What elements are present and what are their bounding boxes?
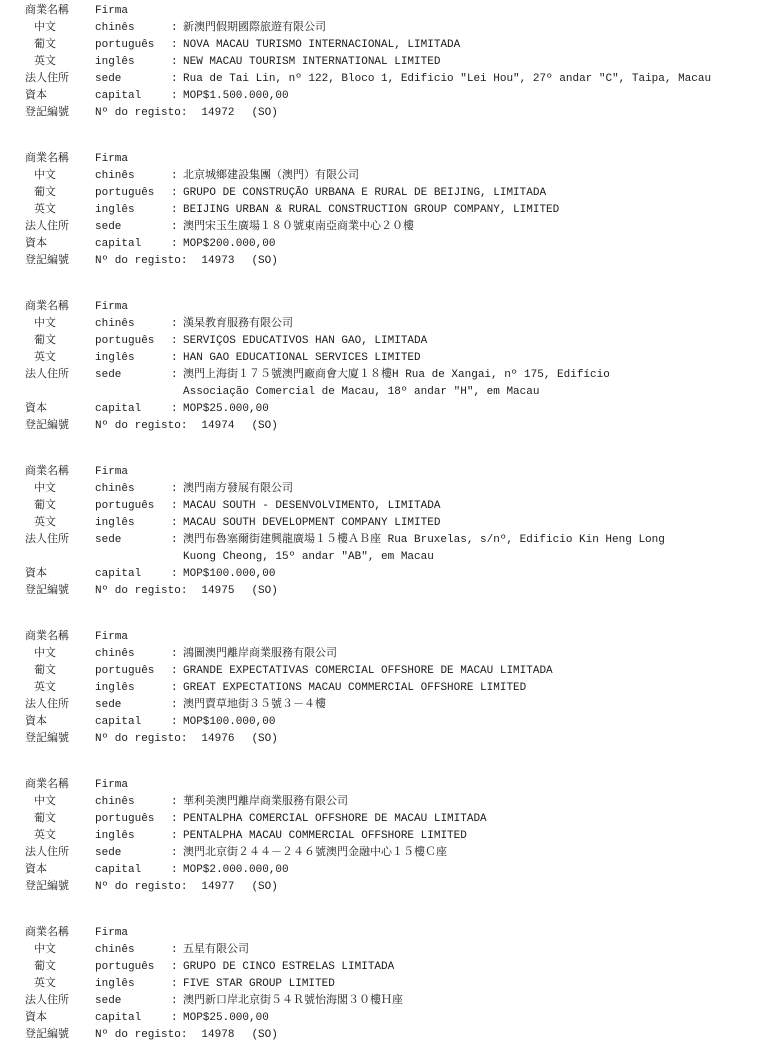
capital-label-pt: capital <box>95 401 171 418</box>
chinese-label-zh: 中文 <box>25 942 95 959</box>
registo-label-zh: 登記編號 <box>25 253 95 270</box>
registered-office-row: 法人住所 sede : 澳門宋玉生廣場１８０號東南亞商業中心２０樓 <box>25 219 757 236</box>
registo-label-zh: 登記編號 <box>25 583 95 600</box>
colon-separator: : <box>171 316 183 333</box>
registry-number-value: 14974 <box>201 418 234 435</box>
firma-label-zh: 商業名稱 <box>25 464 95 481</box>
capital-value: MOP$2.000.000,00 <box>183 862 757 879</box>
chinese-label-zh: 中文 <box>25 794 95 811</box>
chinese-name-row: 中文 chinês : 漢杲教育服務有限公司 <box>25 316 757 333</box>
colon-separator: : <box>171 862 183 879</box>
sede-label-pt: sede <box>95 219 171 236</box>
sede-line: 澳門上海街１７５號澳門廠商會大廈１８樓H Rua de Xangai, nº 1… <box>183 367 757 384</box>
colon-separator: : <box>171 236 183 253</box>
registry-suffix: (SO) <box>251 1027 277 1044</box>
chinese-label-pt: chinês <box>95 646 171 663</box>
registry-number-row: 登記編號 Nº do registo: 14977 (SO) <box>25 879 757 896</box>
registry-document-page: 商業名稱 Firma 中文 chinês : 新澳門假期國際旅遊有限公司 葡文 … <box>0 0 765 1062</box>
chinese-name-value: 北京城鄉建設集團（澳門）有限公司 <box>183 168 757 185</box>
firma-header-row: 商業名稱 Firma <box>25 777 757 794</box>
portuguese-label-pt: português <box>95 811 171 828</box>
sede-label-pt: sede <box>95 367 171 384</box>
registo-label-zh: 登記編號 <box>25 418 95 435</box>
capital-row: 資本 capital : MOP$100.000,00 <box>25 566 757 583</box>
registo-label-pt: Nº do registo: <box>95 418 187 435</box>
sede-value: 澳門宋玉生廣場１８０號東南亞商業中心２０樓 <box>183 219 757 236</box>
portuguese-label-zh: 葡文 <box>25 811 95 828</box>
registo-label-pt: Nº do registo: <box>95 1027 187 1044</box>
registo-label-pt: Nº do registo: <box>95 731 187 748</box>
sede-label-pt: sede <box>95 532 171 549</box>
portuguese-label-pt: português <box>95 333 171 350</box>
english-label-zh: 英文 <box>25 202 95 219</box>
capital-row: 資本 capital : MOP$2.000.000,00 <box>25 862 757 879</box>
sede-label-zh: 法人住所 <box>25 845 95 862</box>
portuguese-label-zh: 葡文 <box>25 37 95 54</box>
registo-label-pt: Nº do registo: <box>95 105 187 122</box>
firma-header-row: 商業名稱 Firma <box>25 629 757 646</box>
sede-label-zh: 法人住所 <box>25 367 95 384</box>
capital-label-pt: capital <box>95 862 171 879</box>
chinese-label-pt: chinês <box>95 794 171 811</box>
firma-header-row: 商業名稱 Firma <box>25 464 757 481</box>
english-name-row: 英文 inglês : FIVE STAR GROUP LIMITED <box>25 976 757 993</box>
firma-label-pt: Firma <box>95 777 171 794</box>
registered-office-row: 法人住所 sede : 澳門北京街２４４－２４６號澳門金融中心１５樓Ｃ座 <box>25 845 757 862</box>
chinese-label-pt: chinês <box>95 316 171 333</box>
english-name-value: NEW MACAU TOURISM INTERNATIONAL LIMITED <box>183 54 757 71</box>
registered-office-row: 法人住所 sede : 澳門布魯塞爾街建興龍廣場１５樓ＡＢ座 Rua Bruxe… <box>25 532 757 566</box>
colon-separator: : <box>171 1010 183 1027</box>
firma-header-row: 商業名稱 Firma <box>25 299 757 316</box>
chinese-name-row: 中文 chinês : 新澳門假期國際旅遊有限公司 <box>25 20 757 37</box>
registry-number-value: 14972 <box>201 105 234 122</box>
portuguese-name-value: MACAU SOUTH - DESENVOLVIMENTO, LIMITADA <box>183 498 757 515</box>
capital-value: MOP$1.500.000,00 <box>183 88 757 105</box>
registry-suffix: (SO) <box>251 583 277 600</box>
capital-label-zh: 資本 <box>25 236 95 253</box>
sede-label-pt: sede <box>95 71 171 88</box>
colon-separator: : <box>171 71 183 88</box>
english-label-pt: inglês <box>95 350 171 367</box>
colon-separator: : <box>171 697 183 714</box>
registo-label-pt: Nº do registo: <box>95 583 187 600</box>
firma-label-pt: Firma <box>95 629 171 646</box>
company-record: 商業名稱 Firma 中文 chinês : 北京城鄉建設集團（澳門）有限公司 … <box>25 151 757 270</box>
colon-separator: : <box>171 532 183 549</box>
colon-separator: : <box>171 993 183 1010</box>
registry-number-row: 登記編號 Nº do registo: 14978 (SO) <box>25 1027 757 1044</box>
english-label-pt: inglês <box>95 680 171 697</box>
registo-label-pt: Nº do registo: <box>95 253 187 270</box>
registry-suffix: (SO) <box>251 418 277 435</box>
chinese-label-pt: chinês <box>95 481 171 498</box>
portuguese-name-value: NOVA MACAU TURISMO INTERNACIONAL, LIMITA… <box>183 37 757 54</box>
english-name-value: HAN GAO EDUCATIONAL SERVICES LIMITED <box>183 350 757 367</box>
sede-value: 澳門北京街２４４－２４６號澳門金融中心１５樓Ｃ座 <box>183 845 757 862</box>
company-record: 商業名稱 Firma 中文 chinês : 新澳門假期國際旅遊有限公司 葡文 … <box>25 3 757 122</box>
firma-label-pt: Firma <box>95 925 171 942</box>
chinese-name-value: 華利美澳門離岸商業服務有限公司 <box>183 794 757 811</box>
sede-line: 澳門新口岸北京街５４Ｒ號怡海閣３０樓Ｈ座 <box>183 993 757 1010</box>
chinese-name-row: 中文 chinês : 北京城鄉建設集團（澳門）有限公司 <box>25 168 757 185</box>
portuguese-label-pt: português <box>95 37 171 54</box>
chinese-label-zh: 中文 <box>25 20 95 37</box>
english-name-row: 英文 inglês : MACAU SOUTH DEVELOPMENT COMP… <box>25 515 757 532</box>
registry-number-row: 登記編號 Nº do registo: 14972 (SO) <box>25 105 757 122</box>
firma-label-zh: 商業名稱 <box>25 925 95 942</box>
registry-suffix: (SO) <box>251 879 277 896</box>
english-name-row: 英文 inglês : GREAT EXPECTATIONS MACAU COM… <box>25 680 757 697</box>
sede-line: Associação Comercial de Macau, 18º andar… <box>183 384 757 401</box>
capital-label-pt: capital <box>95 236 171 253</box>
capital-row: 資本 capital : MOP$1.500.000,00 <box>25 88 757 105</box>
capital-label-zh: 資本 <box>25 714 95 731</box>
english-name-row: 英文 inglês : PENTALPHA MACAU COMMERCIAL O… <box>25 828 757 845</box>
registo-label-zh: 登記編號 <box>25 731 95 748</box>
registo-label-zh: 登記編號 <box>25 105 95 122</box>
english-label-zh: 英文 <box>25 828 95 845</box>
colon-separator: : <box>171 367 183 384</box>
portuguese-label-pt: português <box>95 498 171 515</box>
chinese-label-zh: 中文 <box>25 168 95 185</box>
sede-label-zh: 法人住所 <box>25 71 95 88</box>
portuguese-name-row: 葡文 português : MACAU SOUTH - DESENVOLVIM… <box>25 498 757 515</box>
registered-office-row: 法人住所 sede : 澳門上海街１７５號澳門廠商會大廈１８樓H Rua de … <box>25 367 757 401</box>
portuguese-label-pt: português <box>95 185 171 202</box>
registo-label-pt: Nº do registo: <box>95 879 187 896</box>
registry-number-value: 14976 <box>201 731 234 748</box>
registry-number-row: 登記編號 Nº do registo: 14974 (SO) <box>25 418 757 435</box>
english-label-zh: 英文 <box>25 54 95 71</box>
colon-separator: : <box>171 566 183 583</box>
english-name-value: MACAU SOUTH DEVELOPMENT COMPANY LIMITED <box>183 515 757 532</box>
colon-separator: : <box>171 828 183 845</box>
colon-separator: : <box>171 942 183 959</box>
chinese-label-pt: chinês <box>95 20 171 37</box>
portuguese-name-row: 葡文 português : GRANDE EXPECTATIVAS COMER… <box>25 663 757 680</box>
sede-label-pt: sede <box>95 845 171 862</box>
colon-separator: : <box>171 20 183 37</box>
registry-number-row: 登記編號 Nº do registo: 14975 (SO) <box>25 583 757 600</box>
colon-separator: : <box>171 714 183 731</box>
capital-label-zh: 資本 <box>25 566 95 583</box>
portuguese-name-row: 葡文 português : SERVIÇOS EDUCATIVOS HAN G… <box>25 333 757 350</box>
sede-value: 澳門上海街１７５號澳門廠商會大廈１８樓H Rua de Xangai, nº 1… <box>183 367 757 401</box>
english-name-value: PENTALPHA MACAU COMMERCIAL OFFSHORE LIMI… <box>183 828 757 845</box>
firma-label-zh: 商業名稱 <box>25 3 95 20</box>
chinese-label-zh: 中文 <box>25 316 95 333</box>
capital-label-zh: 資本 <box>25 401 95 418</box>
sede-label-zh: 法人住所 <box>25 697 95 714</box>
sede-value: 澳門賣草地街３５號３－４樓 <box>183 697 757 714</box>
portuguese-label-zh: 葡文 <box>25 663 95 680</box>
firma-label-zh: 商業名稱 <box>25 299 95 316</box>
colon-separator: : <box>171 811 183 828</box>
colon-separator: : <box>171 202 183 219</box>
capital-label-zh: 資本 <box>25 88 95 105</box>
english-name-value: BEIJING URBAN & RURAL CONSTRUCTION GROUP… <box>183 202 757 219</box>
capital-value: MOP$25.000,00 <box>183 401 757 418</box>
sede-line: 澳門布魯塞爾街建興龍廣場１５樓ＡＢ座 Rua Bruxelas, s/nº, E… <box>183 532 757 549</box>
colon-separator: : <box>171 498 183 515</box>
colon-separator: : <box>171 680 183 697</box>
registry-number-value: 14975 <box>201 583 234 600</box>
colon-separator: : <box>171 646 183 663</box>
company-records-list: 商業名稱 Firma 中文 chinês : 新澳門假期國際旅遊有限公司 葡文 … <box>25 3 757 1044</box>
company-record: 商業名稱 Firma 中文 chinês : 鴻圖澳門離岸商業服務有限公司 葡文… <box>25 629 757 748</box>
capital-value: MOP$100.000,00 <box>183 714 757 731</box>
colon-separator: : <box>171 959 183 976</box>
company-record: 商業名稱 Firma 中文 chinês : 華利美澳門離岸商業服務有限公司 葡… <box>25 777 757 896</box>
registo-label-zh: 登記編號 <box>25 879 95 896</box>
capital-row: 資本 capital : MOP$200.000,00 <box>25 236 757 253</box>
chinese-name-value: 鴻圖澳門離岸商業服務有限公司 <box>183 646 757 663</box>
portuguese-name-row: 葡文 português : NOVA MACAU TURISMO INTERN… <box>25 37 757 54</box>
firma-label-zh: 商業名稱 <box>25 151 95 168</box>
firma-label-pt: Firma <box>95 3 171 20</box>
english-label-zh: 英文 <box>25 515 95 532</box>
english-name-row: 英文 inglês : BEIJING URBAN & RURAL CONSTR… <box>25 202 757 219</box>
english-name-row: 英文 inglês : HAN GAO EDUCATIONAL SERVICES… <box>25 350 757 367</box>
registry-number-row: 登記編號 Nº do registo: 14976 (SO) <box>25 731 757 748</box>
chinese-name-row: 中文 chinês : 澳門南方發展有限公司 <box>25 481 757 498</box>
registry-number-value: 14978 <box>201 1027 234 1044</box>
colon-separator: : <box>171 481 183 498</box>
english-label-pt: inglês <box>95 976 171 993</box>
firma-label-pt: Firma <box>95 151 171 168</box>
sede-line: Rua de Tai Lin, nº 122, Bloco 1, Edifici… <box>183 71 757 88</box>
colon-separator: : <box>171 794 183 811</box>
firma-label-pt: Firma <box>95 464 171 481</box>
colon-separator: : <box>171 976 183 993</box>
sede-label-zh: 法人住所 <box>25 219 95 236</box>
registry-suffix: (SO) <box>251 253 277 270</box>
capital-row: 資本 capital : MOP$100.000,00 <box>25 714 757 731</box>
registry-suffix: (SO) <box>251 105 277 122</box>
colon-separator: : <box>171 168 183 185</box>
firma-label-pt: Firma <box>95 299 171 316</box>
company-record: 商業名稱 Firma 中文 chinês : 澳門南方發展有限公司 葡文 por… <box>25 464 757 600</box>
portuguese-name-value: PENTALPHA COMERCIAL OFFSHORE DE MACAU LI… <box>183 811 757 828</box>
portuguese-name-row: 葡文 português : GRUPO DE CONSTRUÇÃO URBAN… <box>25 185 757 202</box>
colon-separator: : <box>171 88 183 105</box>
colon-separator: : <box>171 185 183 202</box>
registered-office-row: 法人住所 sede : 澳門賣草地街３５號３－４樓 <box>25 697 757 714</box>
colon-separator: : <box>171 219 183 236</box>
registry-number-row: 登記編號 Nº do registo: 14973 (SO) <box>25 253 757 270</box>
company-record: 商業名稱 Firma 中文 chinês : 漢杲教育服務有限公司 葡文 por… <box>25 299 757 435</box>
capital-label-zh: 資本 <box>25 1010 95 1027</box>
portuguese-label-pt: português <box>95 959 171 976</box>
sede-label-pt: sede <box>95 697 171 714</box>
capital-row: 資本 capital : MOP$25.000,00 <box>25 1010 757 1027</box>
capital-value: MOP$200.000,00 <box>183 236 757 253</box>
chinese-label-zh: 中文 <box>25 481 95 498</box>
sede-line: 澳門賣草地街３５號３－４樓 <box>183 697 757 714</box>
chinese-name-value: 澳門南方發展有限公司 <box>183 481 757 498</box>
english-label-zh: 英文 <box>25 976 95 993</box>
capital-label-zh: 資本 <box>25 862 95 879</box>
chinese-name-row: 中文 chinês : 五星有限公司 <box>25 942 757 959</box>
portuguese-name-row: 葡文 português : GRUPO DE CINCO ESTRELAS L… <box>25 959 757 976</box>
capital-value: MOP$25.000,00 <box>183 1010 757 1027</box>
portuguese-name-value: GRANDE EXPECTATIVAS COMERCIAL OFFSHORE D… <box>183 663 757 680</box>
registry-number-value: 14973 <box>201 253 234 270</box>
company-record: 商業名稱 Firma 中文 chinês : 五星有限公司 葡文 portugu… <box>25 925 757 1044</box>
sede-label-zh: 法人住所 <box>25 993 95 1010</box>
firma-header-row: 商業名稱 Firma <box>25 151 757 168</box>
sede-line: Kuong Cheong, 15º andar "AB", em Macau <box>183 549 757 566</box>
colon-separator: : <box>171 333 183 350</box>
english-label-zh: 英文 <box>25 350 95 367</box>
capital-value: MOP$100.000,00 <box>183 566 757 583</box>
chinese-name-value: 漢杲教育服務有限公司 <box>183 316 757 333</box>
registered-office-row: 法人住所 sede : 澳門新口岸北京街５４Ｒ號怡海閣３０樓Ｈ座 <box>25 993 757 1010</box>
chinese-name-value: 新澳門假期國際旅遊有限公司 <box>183 20 757 37</box>
english-name-row: 英文 inglês : NEW MACAU TOURISM INTERNATIO… <box>25 54 757 71</box>
sede-line: 澳門宋玉生廣場１８０號東南亞商業中心２０樓 <box>183 219 757 236</box>
colon-separator: : <box>171 54 183 71</box>
colon-separator: : <box>171 663 183 680</box>
portuguese-name-value: SERVIÇOS EDUCATIVOS HAN GAO, LIMITADA <box>183 333 757 350</box>
colon-separator: : <box>171 401 183 418</box>
sede-label-zh: 法人住所 <box>25 532 95 549</box>
english-label-pt: inglês <box>95 515 171 532</box>
chinese-label-pt: chinês <box>95 942 171 959</box>
english-label-zh: 英文 <box>25 680 95 697</box>
portuguese-label-zh: 葡文 <box>25 333 95 350</box>
registered-office-row: 法人住所 sede : Rua de Tai Lin, nº 122, Bloc… <box>25 71 757 88</box>
capital-label-pt: capital <box>95 88 171 105</box>
capital-label-pt: capital <box>95 566 171 583</box>
colon-separator: : <box>171 350 183 367</box>
chinese-label-zh: 中文 <box>25 646 95 663</box>
registry-suffix: (SO) <box>251 731 277 748</box>
capital-label-pt: capital <box>95 714 171 731</box>
registo-label-zh: 登記編號 <box>25 1027 95 1044</box>
portuguese-label-zh: 葡文 <box>25 185 95 202</box>
firma-header-row: 商業名稱 Firma <box>25 3 757 20</box>
sede-value: 澳門新口岸北京街５４Ｒ號怡海閣３０樓Ｈ座 <box>183 993 757 1010</box>
english-label-pt: inglês <box>95 54 171 71</box>
portuguese-label-zh: 葡文 <box>25 498 95 515</box>
registry-number-value: 14977 <box>201 879 234 896</box>
chinese-name-row: 中文 chinês : 鴻圖澳門離岸商業服務有限公司 <box>25 646 757 663</box>
sede-value: 澳門布魯塞爾街建興龍廣場１５樓ＡＢ座 Rua Bruxelas, s/nº, E… <box>183 532 757 566</box>
english-name-value: FIVE STAR GROUP LIMITED <box>183 976 757 993</box>
firma-label-zh: 商業名稱 <box>25 777 95 794</box>
english-name-value: GREAT EXPECTATIONS MACAU COMMERCIAL OFFS… <box>183 680 757 697</box>
chinese-name-value: 五星有限公司 <box>183 942 757 959</box>
sede-value: Rua de Tai Lin, nº 122, Bloco 1, Edifici… <box>183 71 757 88</box>
portuguese-label-zh: 葡文 <box>25 959 95 976</box>
portuguese-name-value: GRUPO DE CINCO ESTRELAS LIMITADA <box>183 959 757 976</box>
colon-separator: : <box>171 37 183 54</box>
portuguese-label-pt: português <box>95 663 171 680</box>
sede-label-pt: sede <box>95 993 171 1010</box>
colon-separator: : <box>171 845 183 862</box>
english-label-pt: inglês <box>95 202 171 219</box>
firma-header-row: 商業名稱 Firma <box>25 925 757 942</box>
english-label-pt: inglês <box>95 828 171 845</box>
capital-label-pt: capital <box>95 1010 171 1027</box>
firma-label-zh: 商業名稱 <box>25 629 95 646</box>
capital-row: 資本 capital : MOP$25.000,00 <box>25 401 757 418</box>
chinese-label-pt: chinês <box>95 168 171 185</box>
portuguese-name-row: 葡文 português : PENTALPHA COMERCIAL OFFSH… <box>25 811 757 828</box>
colon-separator: : <box>171 515 183 532</box>
portuguese-name-value: GRUPO DE CONSTRUÇÃO URBANA E RURAL DE BE… <box>183 185 757 202</box>
chinese-name-row: 中文 chinês : 華利美澳門離岸商業服務有限公司 <box>25 794 757 811</box>
sede-line: 澳門北京街２４４－２４６號澳門金融中心１５樓Ｃ座 <box>183 845 757 862</box>
